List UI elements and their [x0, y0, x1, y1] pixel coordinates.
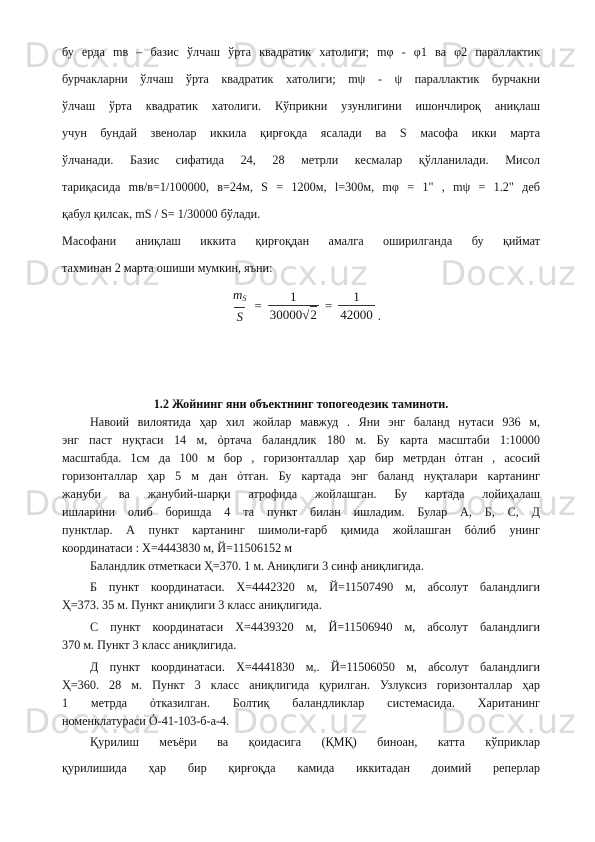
- text-line: учун бундай звенолар иккила қирғоқда яса…: [62, 126, 540, 141]
- fraction-lhs: mS S: [231, 287, 248, 325]
- text-line: Навоий вилоятида ҳар хил жойлар мавжуд .…: [62, 415, 540, 430]
- equals-sign: =: [254, 298, 261, 314]
- formula: mS S = 1 30000√2 = 1 42000 .: [228, 284, 381, 328]
- text-line: Қурилиш меъёри ва қоидасига (ҚМҚ) биноан…: [62, 735, 540, 750]
- formula-number: 30000: [270, 307, 303, 322]
- fraction-rhs: 1 42000: [338, 289, 375, 323]
- sqrt-icon: √: [302, 307, 309, 322]
- text-line: жануби ва жанубий-шарқи атрофида жойлашг…: [62, 487, 540, 502]
- section-heading: 1.2 Жойнинг яни объектнинг топогеодезик …: [62, 397, 540, 412]
- text-line: бу ерда mв – базис ўлчаш ўрта квадратик …: [62, 45, 540, 60]
- formula-number: 2: [310, 306, 317, 322]
- equals-sign: =: [325, 298, 332, 314]
- document-page: Docx.uz Docx.uz Docx.uz Docx.uz Docx.uz …: [0, 0, 595, 842]
- fraction-mid: 1 30000√2: [268, 289, 319, 323]
- formula-symbol: m: [233, 287, 242, 302]
- text-line: номенклатураси Ỏ-41-103-б-а-4.: [62, 714, 540, 729]
- formula-subscript: S: [242, 294, 246, 303]
- formula-symbol: S: [234, 307, 245, 325]
- text-line: Ҳ=373. 35 м. Пункт аниқлиги 3 класс аниқ…: [62, 598, 540, 613]
- text-line: ўлчанади. Базис сифатида 24, 28 метрли к…: [62, 153, 540, 168]
- text-line: С пункт координатаси Х=4439320 м, Й=1150…: [62, 620, 540, 635]
- formula-period: .: [378, 308, 381, 324]
- formula-number: 1: [288, 289, 299, 305]
- text-line: координатаси : Х=4443830 м, Й=11506152 м: [62, 541, 540, 556]
- text-line: қурилишида ҳар бир қирғоқда камида иккит…: [62, 761, 540, 776]
- text-line: пунктлар. А пункт картанинг шимоли-ғарб …: [62, 523, 540, 538]
- text-line: Масофани аниқлаш иккита қирғоқдан амалга…: [62, 234, 540, 249]
- text-line: Ҳ=360. 28 м. Пункт 3 класс аниқлигида қу…: [62, 678, 540, 693]
- text-line: Баландлик отметкаси Ҳ=370. 1 м. Аниқлиги…: [62, 559, 540, 574]
- text-line: Б пункт координатаси. Х=4442320 м, Й=115…: [62, 580, 540, 595]
- text-line: тахминан 2 марта ошиши мумкин, яъни:: [62, 261, 540, 276]
- text-line: ўлчаш ўрта квадратик хатолиги. Кўприкни …: [62, 99, 540, 114]
- text-line: бурчакларни ўлчаш ўрта квадратик хатолиг…: [62, 72, 540, 87]
- text-line: тариқасида mв/в=1/100000, в=24м, S = 120…: [62, 180, 540, 195]
- text-line: горизонталлар ҳар 5 м дан ỏтган. Бу карт…: [62, 469, 540, 484]
- formula-number: 42000: [338, 305, 375, 323]
- text-line: 1 метрда ỏтказилган. Болтиқ баландликлар…: [62, 696, 540, 711]
- text-line: ишларини олиб боришда 4 та пункт билан и…: [62, 505, 540, 520]
- formula-number: 1: [351, 289, 362, 305]
- text-line: масштабда. 1см да 100 м бор , горизонтал…: [62, 451, 540, 466]
- text-line: энг паст нуқтаси 14 м, ỏртача баландлик …: [62, 433, 540, 448]
- text-line: қабул қилсак, mS / S= 1/30000 бўлади.: [62, 207, 540, 222]
- text-line: 370 м. Пункт 3 класс аниқлигида.: [62, 638, 540, 653]
- text-line: Д пункт координатаси. Х=4441830 м,. Й=11…: [62, 660, 540, 675]
